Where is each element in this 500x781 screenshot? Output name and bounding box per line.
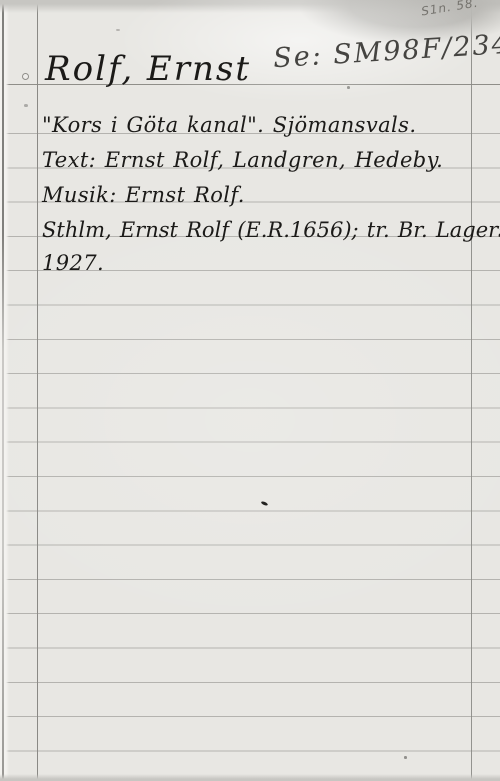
- left-margin-line: [37, 0, 38, 781]
- punch-hole-mark: [22, 73, 29, 80]
- handwritten-line-title: "Kors i Göta kanal". Sjömansvals.: [42, 113, 416, 137]
- handwritten-line-publication: Sthlm, Ernst Rolf (E.R.1656); tr. Br. La…: [42, 218, 500, 242]
- bottom-scan-shadow: [0, 774, 500, 781]
- page-left-edge-line: [2, 0, 4, 781]
- handwritten-line-year: 1927.: [42, 251, 104, 275]
- ink-speck: [347, 86, 350, 89]
- ink-speck: [116, 29, 120, 31]
- ink-speck: [24, 104, 28, 107]
- scanned-card: S1n. 58. Se: SM98F/234 Rolf, Ernst "Kors…: [0, 0, 500, 781]
- handwritten-line-text-credit: Text: Ernst Rolf, Landgren, Hedeby.: [42, 148, 443, 172]
- handwritten-line-music-credit: Musik: Ernst Rolf.: [42, 183, 245, 207]
- right-margin-line: [471, 0, 472, 781]
- card-heading-author: Rolf, Ernst: [45, 49, 251, 89]
- ink-speck: [404, 756, 407, 759]
